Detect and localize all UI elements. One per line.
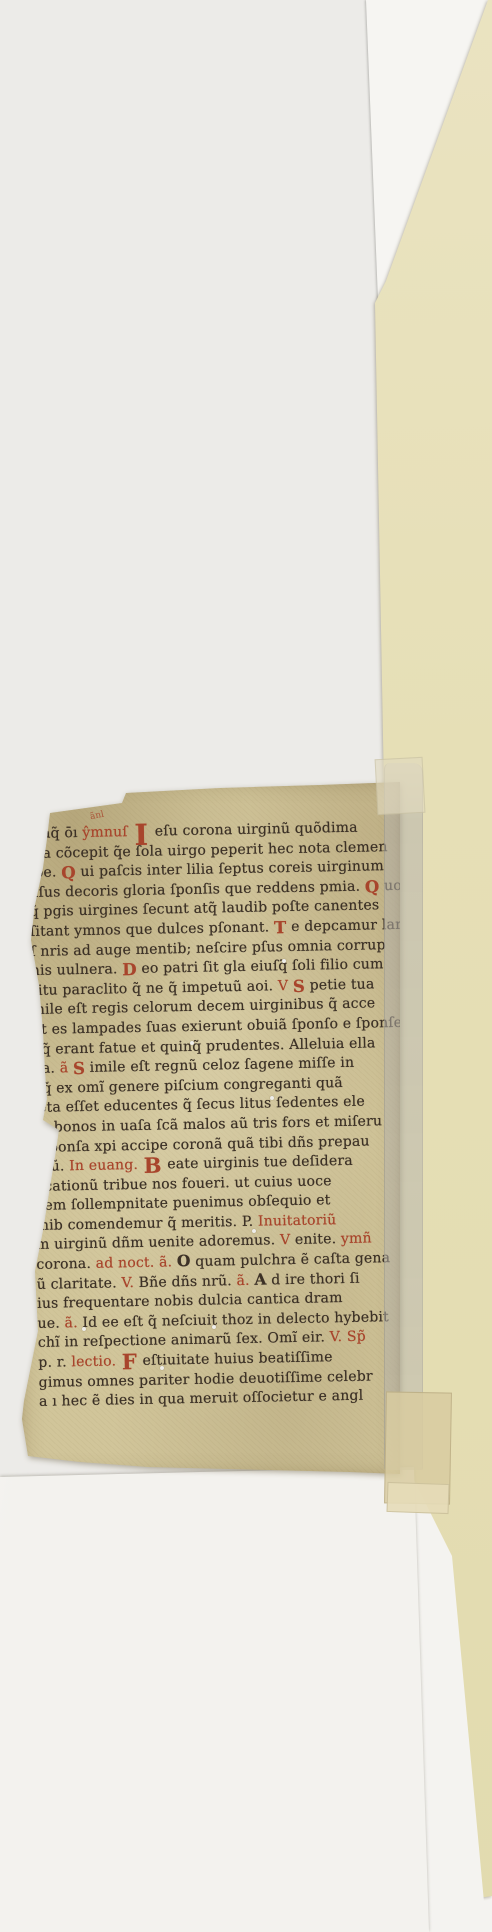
marginalia-mark: ãnl (89, 810, 105, 823)
manuscript-line: ſitant ymnos que dulces pſonant. T e dep… (30, 915, 442, 942)
manuscript-line: mile eſt regis celorum decem uirginibus … (31, 993, 443, 1020)
manuscript-line: nis uulnera. D eo patri ſit gla eiuſq̃ ſ… (31, 954, 443, 981)
manuscript-scan: ãnl n aq̃ ōı ŷmnuſ I eſu corona uirginũ … (0, 0, 492, 1932)
worm-hole (252, 1229, 256, 1233)
manuscript-fragment: ãnl n aq̃ ōı ŷmnuſ I eſu corona uirginũ … (20, 779, 400, 1477)
manuscript-line: ua. ã S imile eſt regnũ celoz ſagene miſ… (33, 1052, 445, 1079)
manuscript-line: ritu paraclito q̃ ne q̃ impetuũ aoi. V S… (31, 974, 443, 1001)
tape-bottom-lower (386, 1482, 449, 1514)
manuscript-line: ſpe. Q ui paſcis inter lilia ſeptus core… (29, 856, 441, 883)
worm-hole (82, 1327, 86, 1331)
manuscript-line: q̃ pgis uirgines ſecunt atq̃ laudib poſt… (30, 895, 442, 922)
worm-hole (160, 1366, 164, 1370)
manuscript-line: n aq̃ ōı ŷmnuſ I eſu corona uirginũ quõd… (28, 817, 440, 844)
manuscript-line: nt es lampades ſuas exierunt obuiã ſponſ… (32, 1013, 444, 1040)
worm-hole (190, 1041, 194, 1045)
tissue-guard (384, 763, 423, 1470)
manuscript-line: ılla cõcepit q̃e ſola uirgo peperit hec … (28, 837, 440, 864)
tape-top (375, 757, 426, 815)
manuscript-line: nſus decoris gloria ſponſis que reddens … (29, 876, 441, 903)
manuscript-line: nq̃ erant fatue et quinq̃ prudentes. All… (32, 1033, 444, 1060)
worm-hole (270, 1096, 274, 1100)
worm-hole (282, 959, 286, 963)
manuscript-line: ſ nris ad auge mentib; neſcire pſus omni… (30, 935, 442, 962)
worm-hole (212, 1325, 216, 1329)
